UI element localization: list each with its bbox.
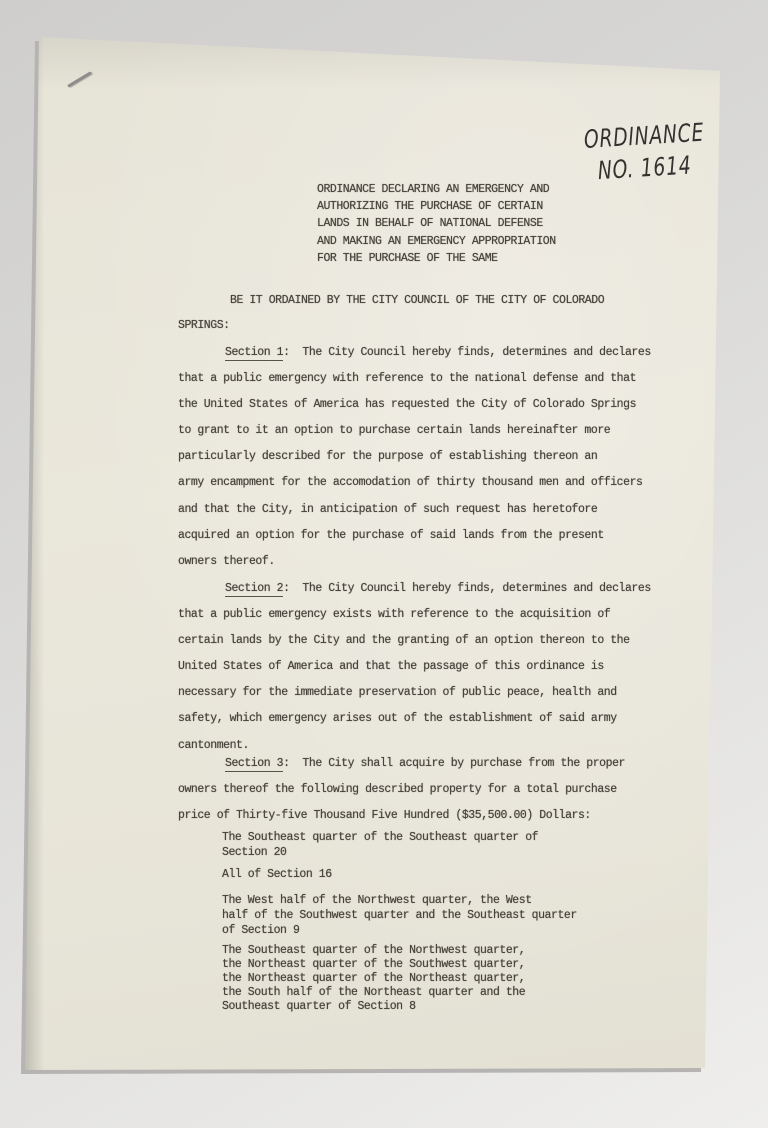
body-line: that a public emergency exists with refe… xyxy=(178,602,651,628)
section-label: Section 2 xyxy=(225,582,283,597)
section-3: Section 3: The City shall acquire by pur… xyxy=(178,751,625,829)
property-line: The West half of the Northwest quarter, … xyxy=(222,893,577,908)
section-2: Section 2: The City Council hereby finds… xyxy=(178,576,651,759)
title-line: FOR THE PURCHASE OF THE SAME xyxy=(317,250,556,267)
enacting-line: BE IT ORDAINED BY THE CITY COUNCIL OF TH… xyxy=(178,289,604,314)
property-line: the South half of the Northeast quarter … xyxy=(222,986,525,1000)
staple xyxy=(67,71,92,87)
section-label: Section 1 xyxy=(225,346,283,361)
title-line: LANDS IN BEHALF OF NATIONAL DEFENSE xyxy=(317,215,556,232)
document-page: ORDINANCE NO. 1614 ORDINANCE DECLARING A… xyxy=(0,0,768,1128)
ordinance-title: ORDINANCE DECLARING AN EMERGENCY AND AUT… xyxy=(317,181,556,267)
body-line: owners thereof the following described p… xyxy=(178,777,625,803)
body-line: safety, which emergency arises out of th… xyxy=(178,706,651,732)
property-description-3: The West half of the Northwest quarter, … xyxy=(222,893,577,938)
section-text: : The City Council hereby finds, determi… xyxy=(283,582,651,595)
handwritten-ordinance-number: ORDINANCE NO. 1614 xyxy=(583,117,707,188)
property-line: the Northeast quarter of the Southwest q… xyxy=(222,958,525,972)
section-heading-line: Section 3: The City shall acquire by pur… xyxy=(178,751,625,777)
property-line: All of Section 16 xyxy=(222,867,332,882)
body-line: army encampment for the accomodation of … xyxy=(178,470,651,496)
section-label: Section 3 xyxy=(225,757,283,772)
body-line: that a public emergency with reference t… xyxy=(178,366,651,392)
body-line: to grant to it an option to purchase cer… xyxy=(178,418,651,444)
enacting-clause: BE IT ORDAINED BY THE CITY COUNCIL OF TH… xyxy=(178,289,604,338)
section-heading-line: Section 1: The City Council hereby finds… xyxy=(178,340,651,366)
property-line: the Northeast quarter of the Northeast q… xyxy=(222,972,525,986)
section-heading-line: Section 2: The City Council hereby finds… xyxy=(178,576,651,602)
property-line: The Southeast quarter of the Northwest q… xyxy=(222,944,525,958)
body-line: particularly described for the purpose o… xyxy=(178,444,651,470)
title-line: AUTHORIZING THE PURCHASE OF CERTAIN xyxy=(317,198,556,215)
title-line: AND MAKING AN EMERGENCY APPROPRIATION xyxy=(317,233,556,250)
property-line: Southeast quarter of Section 8 xyxy=(222,1000,525,1014)
section-text: : The City shall acquire by purchase fro… xyxy=(283,757,625,770)
body-line: certain lands by the City and the granti… xyxy=(178,628,651,654)
title-line: ORDINANCE DECLARING AN EMERGENCY AND xyxy=(317,181,556,198)
body-line: necessary for the immediate preservation… xyxy=(178,680,651,706)
photo-background: ORDINANCE NO. 1614 ORDINANCE DECLARING A… xyxy=(0,0,768,1128)
section-text: : The City Council hereby finds, determi… xyxy=(283,346,651,359)
property-line: Section 20 xyxy=(222,845,538,860)
property-description-1: The Southeast quarter of the Southeast q… xyxy=(222,830,538,860)
property-line: The Southeast quarter of the Southeast q… xyxy=(222,830,538,845)
body-line: and that the City, in anticipation of su… xyxy=(178,497,651,523)
property-line: of Section 9 xyxy=(222,923,577,938)
property-description-4: The Southeast quarter of the Northwest q… xyxy=(222,944,525,1014)
body-line: price of Thirty-five Thousand Five Hundr… xyxy=(178,803,625,829)
property-line: half of the Southwest quarter and the So… xyxy=(222,908,577,923)
section-1: Section 1: The City Council hereby finds… xyxy=(178,340,651,575)
body-line: owners thereof. xyxy=(178,549,651,575)
body-line: the United States of America has request… xyxy=(178,392,651,418)
enacting-line: SPRINGS: xyxy=(178,314,604,339)
body-line: acquired an option for the purchase of s… xyxy=(178,523,651,549)
handwritten-line: NO. 1614 xyxy=(597,149,707,188)
body-line: United States of America and that the pa… xyxy=(178,654,651,680)
property-description-2: All of Section 16 xyxy=(222,867,332,882)
